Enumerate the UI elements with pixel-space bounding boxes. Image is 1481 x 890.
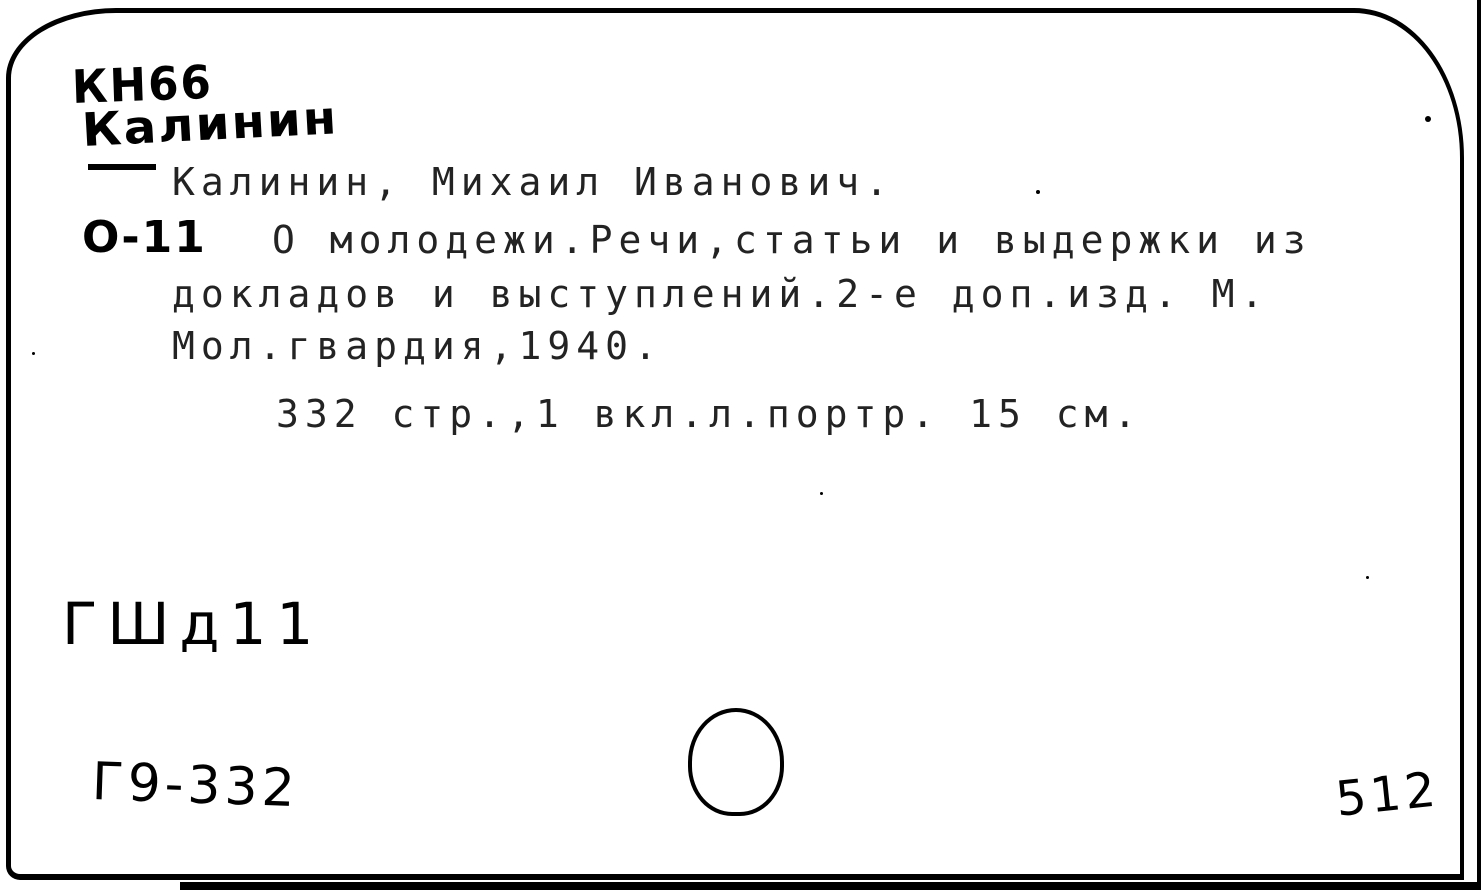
scan-border-bottom — [180, 882, 1481, 890]
handwritten-card-number: 512 — [1333, 761, 1442, 828]
typed-collation-line: 332 стр.,1 вкл.л.портр. 15 см. — [276, 392, 1142, 436]
typed-title-line: О молодежи.Речи,статьи и выдержки из — [272, 218, 1312, 262]
typed-title-continuation: докладов и выступлений.2-е доп.изд. М. — [172, 272, 1269, 316]
scan-border-right — [1477, 0, 1481, 890]
typed-author-line: Калинин, Михаил Иванович. — [172, 160, 894, 204]
handwritten-accession-number: Г9-332 — [91, 752, 300, 819]
author-dash — [88, 164, 156, 170]
scan-speck — [1036, 190, 1040, 194]
scan-speck — [1366, 576, 1369, 579]
scan-speck — [32, 352, 35, 355]
handwritten-shelf-code: О-11 — [82, 212, 207, 263]
typed-imprint-line: Мол.гвардия,1940. — [172, 324, 663, 368]
scan-speck — [820, 492, 823, 495]
circle-mark-icon — [688, 708, 784, 816]
handwritten-inventory-code: ГШд11 — [62, 590, 323, 658]
scan-speck — [1425, 116, 1431, 122]
